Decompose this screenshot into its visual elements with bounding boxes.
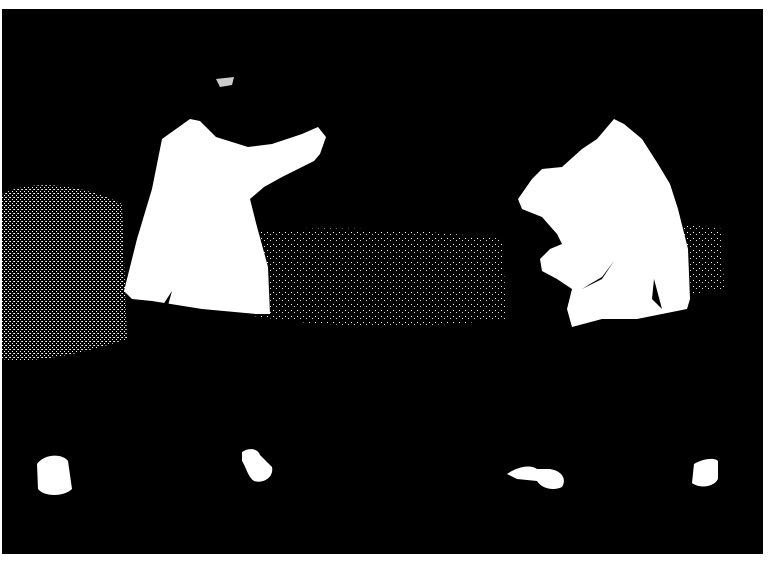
photograph (0, 0, 768, 566)
photo-frame (2, 9, 763, 554)
photo-scene (2, 9, 763, 554)
right-figure (507, 119, 718, 489)
